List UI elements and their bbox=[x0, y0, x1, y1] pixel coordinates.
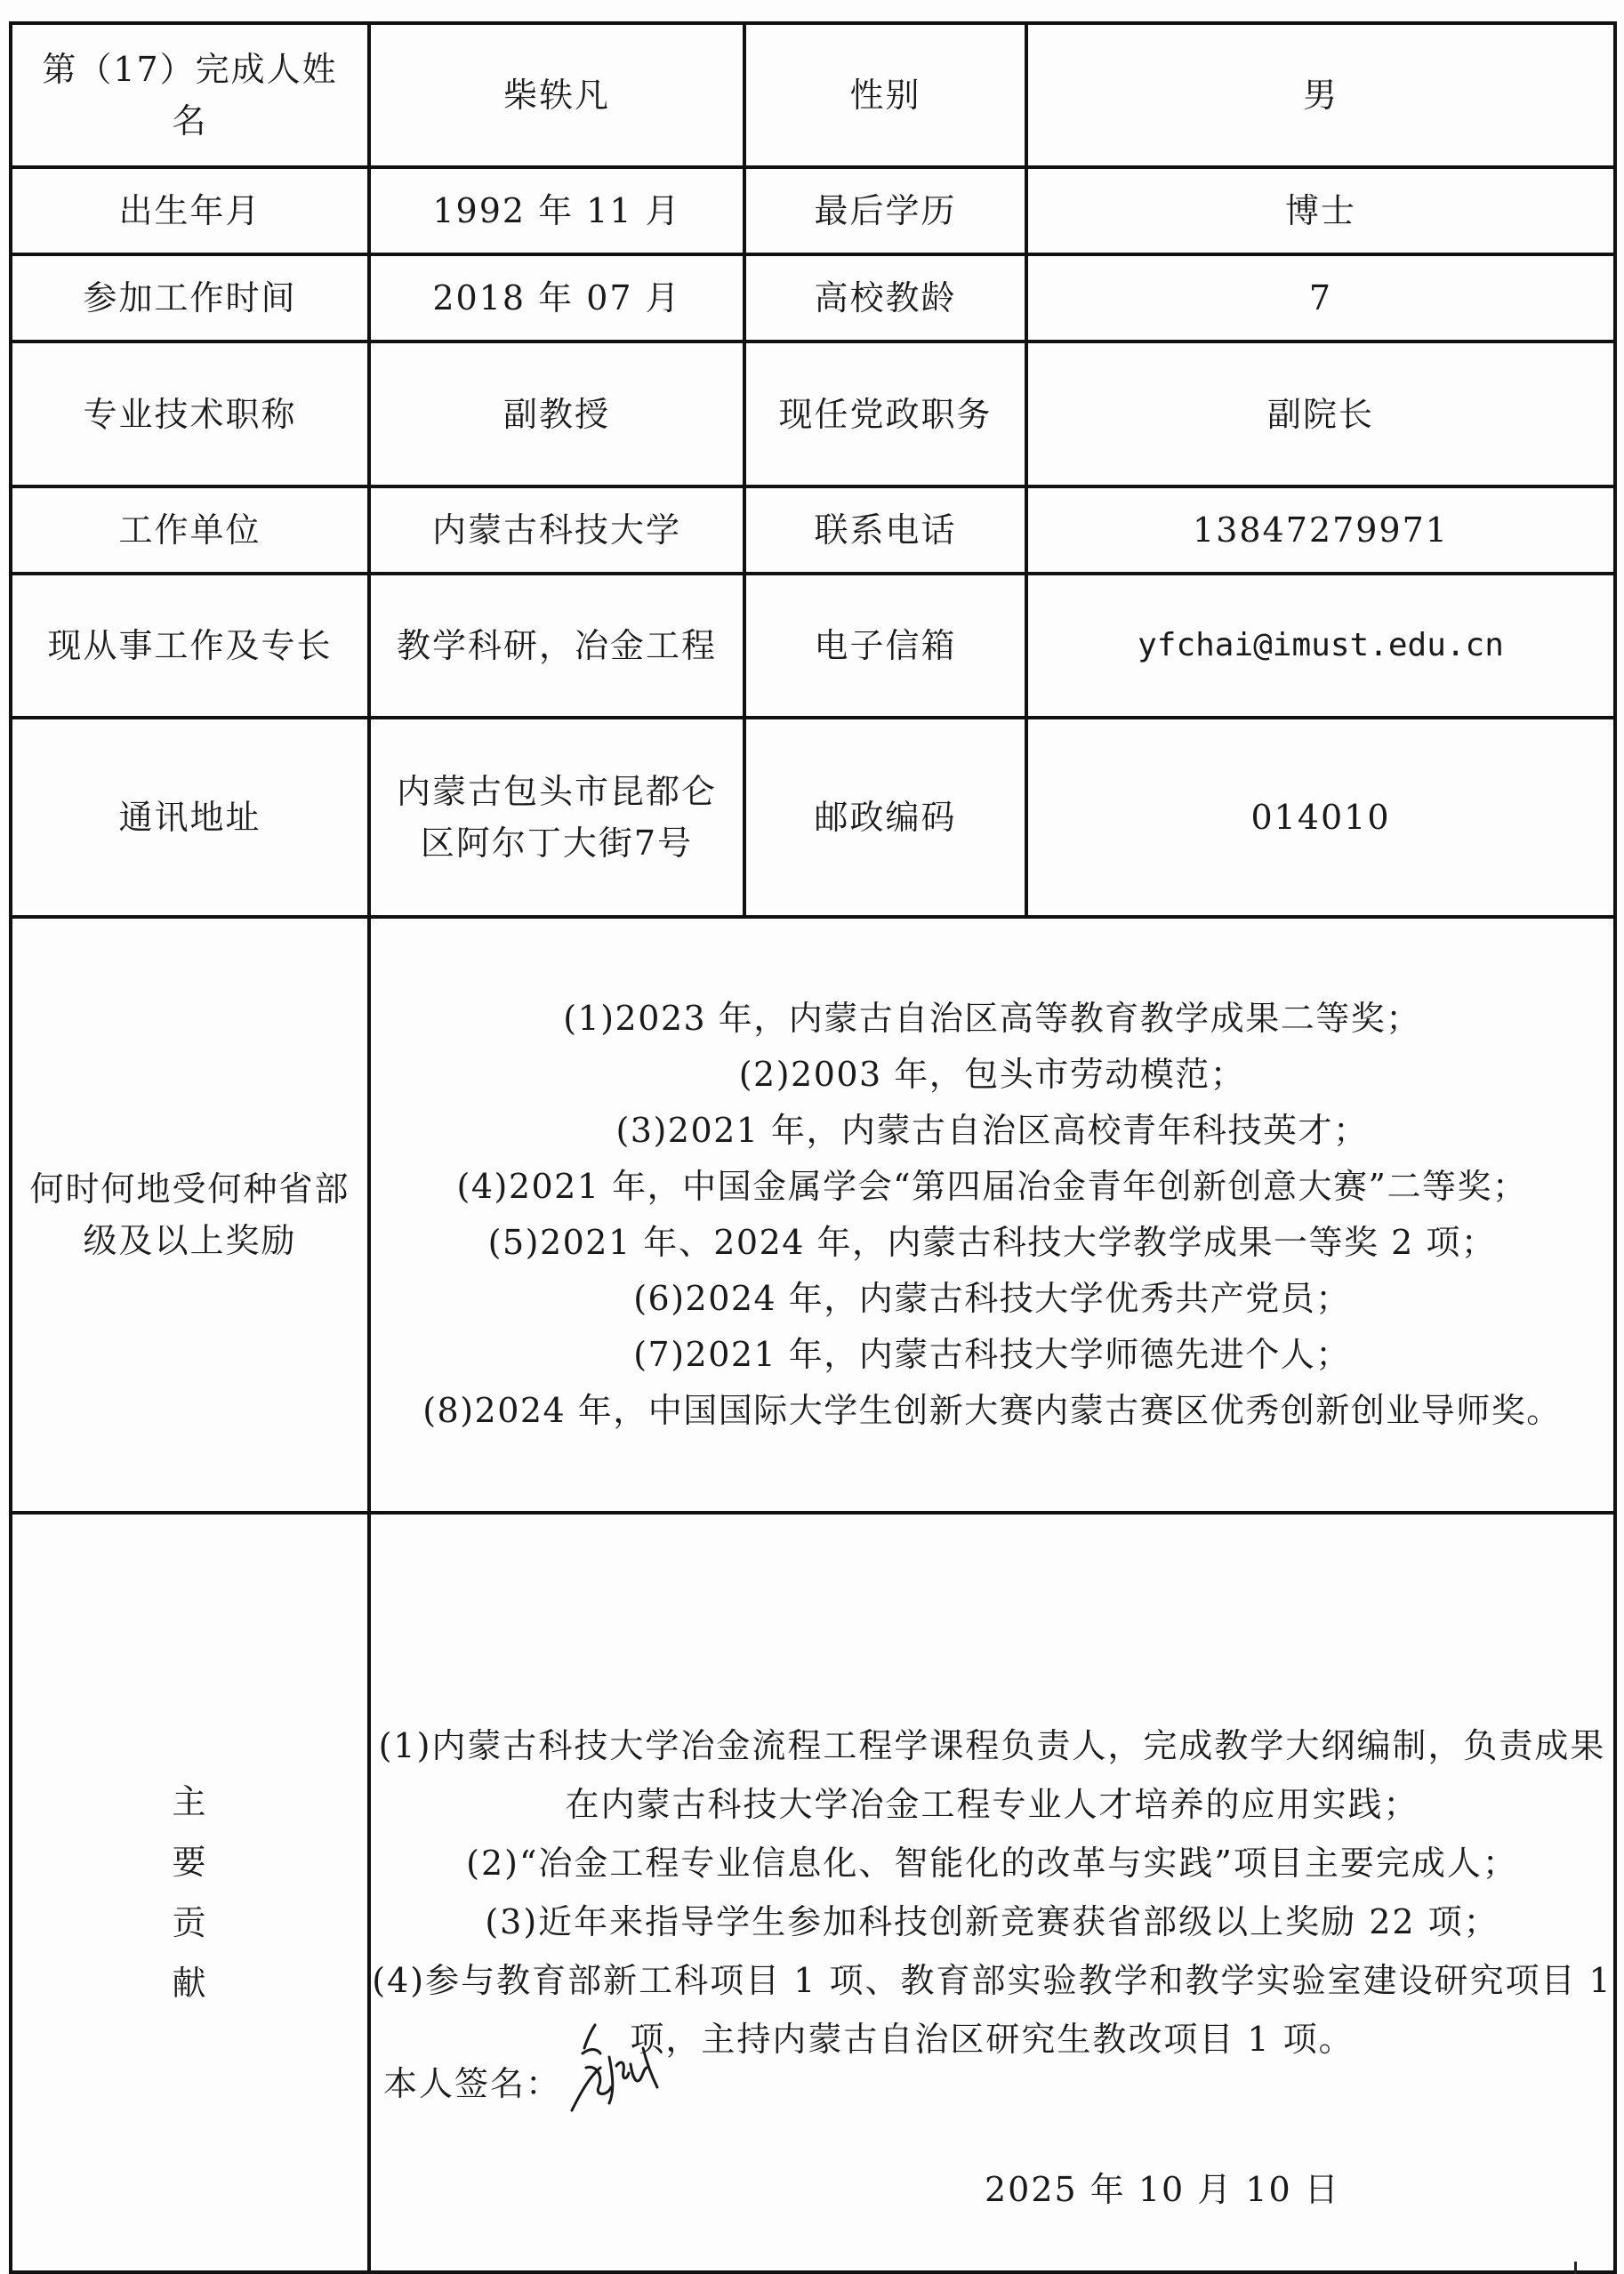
email-label: 电子信箱 bbox=[744, 574, 1026, 718]
title-label: 专业技术职称 bbox=[11, 342, 369, 486]
signature-date: 2025 年 10 月 10 日 bbox=[985, 2164, 1340, 2215]
education-value: 博士 bbox=[1026, 167, 1615, 254]
contribution-item: (3)近年来指导学生参加科技创新竞赛获省部级以上奖励 22 项； bbox=[371, 1892, 1613, 1951]
handwritten-signature-icon bbox=[565, 2021, 663, 2119]
work-start-value: 2018 年 07 月 bbox=[369, 254, 744, 342]
signature-block: 本人签名： bbox=[383, 2048, 663, 2119]
table-row: 专业技术职称 副教授 现任党政职务 副院长 bbox=[11, 342, 1615, 486]
postcode-value: 014010 bbox=[1026, 718, 1615, 917]
phone-label: 联系电话 bbox=[744, 486, 1026, 574]
postcode-label: 邮政编码 bbox=[744, 718, 1026, 917]
award-item: (2)2003 年，包头市劳动模范； bbox=[371, 1047, 1613, 1103]
contribution-item: (2)“冶金工程专业信息化、智能化的改革与实践”项目主要完成人； bbox=[371, 1834, 1613, 1892]
contributions-list: (1)内蒙古科技大学冶金流程工程学课程负责人，完成教学大纲编制，负责成果在内蒙古… bbox=[369, 1513, 1615, 2272]
table-row: 通讯地址 内蒙古包头市昆都仑区阿尔丁大街7号 邮政编码 014010 bbox=[11, 718, 1615, 917]
table-row: 出生年月 1992 年 11 月 最后学历 博士 bbox=[11, 167, 1615, 254]
award-item: (1)2023 年，内蒙古自治区高等教育教学成果二等奖； bbox=[371, 991, 1613, 1047]
phone-value: 13847279971 bbox=[1026, 486, 1615, 574]
teaching-years-value: 7 bbox=[1026, 254, 1615, 342]
position-value: 副院长 bbox=[1026, 342, 1615, 486]
specialty-label: 现从事工作及专长 bbox=[11, 574, 369, 718]
gender-value: 男 bbox=[1026, 23, 1615, 167]
name-value: 柴轶凡 bbox=[369, 23, 744, 167]
table-row: 工作单位 内蒙古科技大学 联系电话 13847279971 bbox=[11, 486, 1615, 574]
contributions-label: 主 要 贡 献 bbox=[11, 1513, 369, 2272]
employer-value: 内蒙古科技大学 bbox=[369, 486, 744, 574]
education-label: 最后学历 bbox=[744, 167, 1026, 254]
table-row: 第（17）完成人姓名 柴轶凡 性别 男 bbox=[11, 23, 1615, 167]
position-label: 现任党政职务 bbox=[744, 342, 1026, 486]
work-start-label: 参加工作时间 bbox=[11, 254, 369, 342]
award-item: (6)2024 年，内蒙古科技大学优秀共产党员； bbox=[371, 1271, 1613, 1327]
table-row: 现从事工作及专长 教学科研，冶金工程 电子信箱 yfchai@imust.edu… bbox=[11, 574, 1615, 718]
awards-list: (1)2023 年，内蒙古自治区高等教育教学成果二等奖； (2)2003 年，包… bbox=[369, 917, 1615, 1513]
title-value: 副教授 bbox=[369, 342, 744, 486]
award-item: (7)2021 年，内蒙古科技大学师德先进个人； bbox=[371, 1327, 1613, 1383]
address-label: 通讯地址 bbox=[11, 718, 369, 917]
award-item: (8)2024 年，中国国际大学生创新大赛内蒙古赛区优秀创新创业导师奖。 bbox=[371, 1383, 1613, 1439]
teaching-years-label: 高校教龄 bbox=[744, 254, 1026, 342]
award-item: (5)2021 年、2024 年，内蒙古科技大学教学成果一等奖 2 项； bbox=[371, 1215, 1613, 1271]
signature-label: 本人签名： bbox=[383, 2058, 561, 2109]
table-row: 何时何地受何种省部级及以上奖励 (1)2023 年，内蒙古自治区高等教育教学成果… bbox=[11, 917, 1615, 1513]
scan-edge-mark bbox=[1574, 2262, 1577, 2274]
contribution-item: (1)内蒙古科技大学冶金流程工程学课程负责人，完成教学大纲编制，负责成果在内蒙古… bbox=[371, 1716, 1613, 1834]
table-row: 参加工作时间 2018 年 07 月 高校教龄 7 bbox=[11, 254, 1615, 342]
table-row: 主 要 贡 献 (1)内蒙古科技大学冶金流程工程学课程负责人，完成教学大纲编制，… bbox=[11, 1513, 1615, 2272]
email-value: yfchai@imust.edu.cn bbox=[1026, 574, 1615, 718]
gender-label: 性别 bbox=[744, 23, 1026, 167]
birth-date-label: 出生年月 bbox=[11, 167, 369, 254]
address-value: 内蒙古包头市昆都仑区阿尔丁大街7号 bbox=[369, 718, 744, 917]
name-label: 第（17）完成人姓名 bbox=[11, 23, 369, 167]
specialty-value: 教学科研，冶金工程 bbox=[369, 574, 744, 718]
employer-label: 工作单位 bbox=[11, 486, 369, 574]
award-item: (3)2021 年，内蒙古自治区高校青年科技英才； bbox=[371, 1103, 1613, 1159]
scanned-document-page: 第（17）完成人姓名 柴轶凡 性别 男 出生年月 1992 年 11 月 最后学… bbox=[0, 0, 1624, 2274]
award-item: (4)2021 年，中国金属学会“第四届冶金青年创新创意大赛”二等奖； bbox=[371, 1159, 1613, 1215]
personal-info-form-table: 第（17）完成人姓名 柴轶凡 性别 男 出生年月 1992 年 11 月 最后学… bbox=[9, 21, 1617, 2274]
awards-label: 何时何地受何种省部级及以上奖励 bbox=[11, 917, 369, 1513]
birth-date-value: 1992 年 11 月 bbox=[369, 167, 744, 254]
